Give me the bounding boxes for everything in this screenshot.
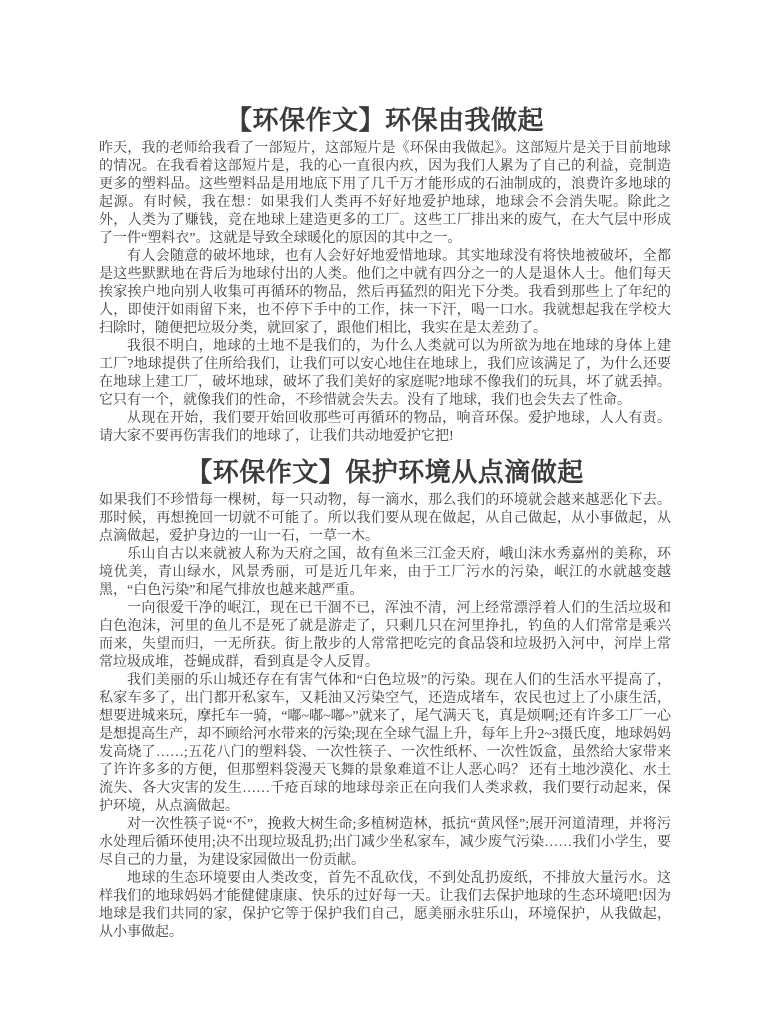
paragraph: 对一次性筷子说“不”，挽救大树生命;多植树造林，抵抗“黄风怪”;展开河道清理，并… (99, 816, 671, 870)
paragraph: 如果我们不珍惜每一棵树，每一只动物，每一滴水，那么我们的环境就会越来越恶化下去。… (99, 492, 671, 546)
paragraph: 一向很爱干净的岷江，现在已干涸不已，浑浊不清，河上经常漂浮着人们的生活垃圾和白色… (99, 600, 671, 672)
paragraph: 我们美丽的乐山城还存在有害气体和“白色垃圾”的污染。现在人们的生活水平提高了，私… (99, 672, 671, 816)
paragraph: 从现在开始，我们要开始回收那些可再循环的物品，响音环保。爱护地球，人人有责。请大… (99, 410, 671, 446)
paragraph: 我很不明白，地球的土地不是我们的，为什么人类就可以为所欲为地在地球的身体上建工厂… (99, 338, 671, 410)
document-content: 【环保作文】环保由我做起 昨天，我的老师给我看了一部短片，这部短片是《环保由我做… (99, 0, 671, 942)
essay2-body: 如果我们不珍惜每一棵树，每一只动物，每一滴水，那么我们的环境就会越来越恶化下去。… (99, 492, 671, 942)
document-page: 【环保作文】环保由我做起 昨天，我的老师给我看了一部短片，这部短片是《环保由我做… (0, 0, 768, 1024)
paragraph: 昨天，我的老师给我看了一部短片，这部短片是《环保由我做起》。这部短片是关于目前地… (99, 140, 671, 248)
essay2-title: 【环保作文】保护环境从点滴做起 (99, 455, 671, 489)
paragraph: 有人会随意的破坏地球，也有人会好好地爱惜地球。其实地球没有将快地被破坏，全都是这… (99, 248, 671, 338)
essay1-title: 【环保作文】环保由我做起 (99, 103, 671, 137)
paragraph: 地球的生态环境要由人类改变，首先不乱砍伐，不到处乱扔废纸，不排放大量污水。这样我… (99, 870, 671, 942)
essay1-body: 昨天，我的老师给我看了一部短片，这部短片是《环保由我做起》。这部短片是关于目前地… (99, 140, 671, 446)
paragraph: 乐山自古以来就被人称为天府之国，故有鱼米三江金天府，峨山沫水秀嘉州的美称，环境优… (99, 546, 671, 600)
